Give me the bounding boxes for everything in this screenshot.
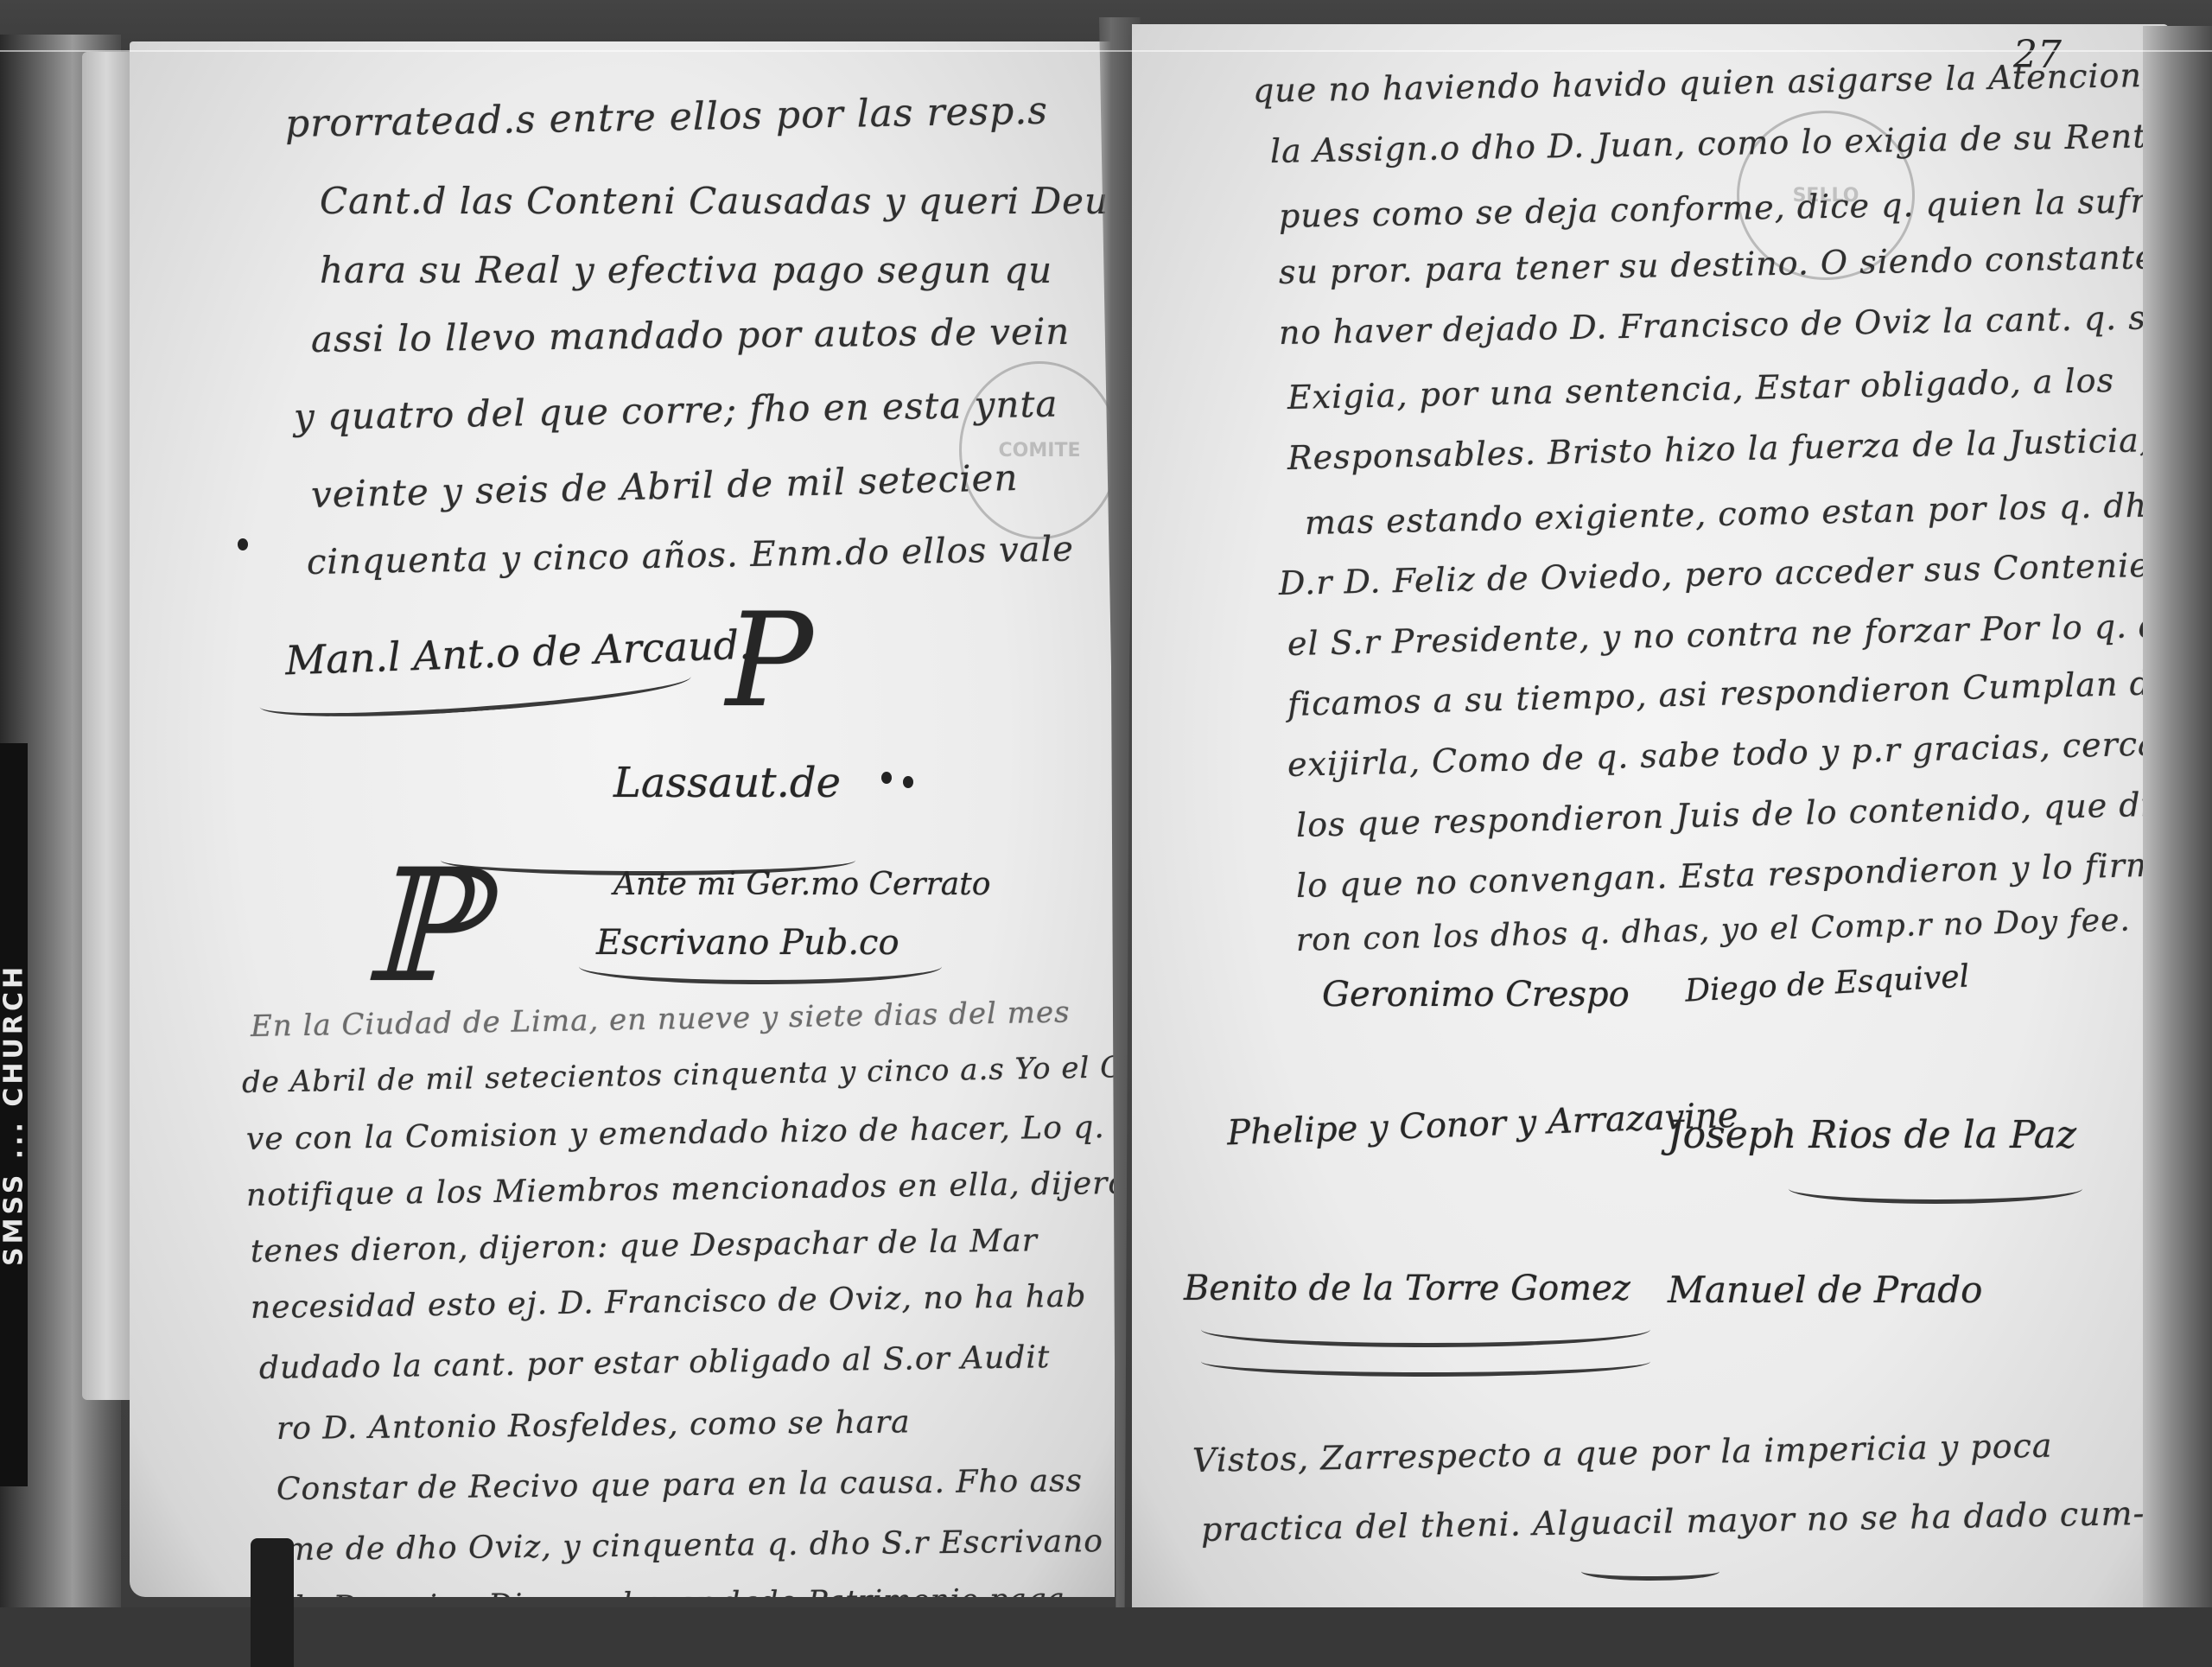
manuscript-line: assi lo llevo mandado por autos de vein xyxy=(311,310,1071,360)
ink-dot xyxy=(238,538,248,550)
manuscript-line: el S.r Presidente, y no contra ne forzar… xyxy=(1287,606,2169,663)
manuscript-line: y quatro del que corre; fho en esta ynta xyxy=(294,383,1058,438)
right-page: 27 SELLO que no haviendo havido quien as… xyxy=(1132,24,2169,1640)
manuscript-line: me de dho Oviz, y cinquenta q. dho S.r E… xyxy=(285,1524,1103,1568)
manuscript-line: necesidad esto ej. D. Francisco de Oviz,… xyxy=(251,1278,1087,1326)
rubric-loop: ℙ xyxy=(363,837,480,1017)
ink-dot xyxy=(881,772,892,784)
manuscript-line: lo que no convengan. Esta respondieron y… xyxy=(1295,845,2169,905)
manuscript-line: no haver dejado D. Francisco de Oviz la … xyxy=(1279,298,2167,352)
manuscript-line: su pror. para tener su destino. O siendo… xyxy=(1279,238,2156,291)
signature-torre-gomez: Benito de la Torre Gomez xyxy=(1184,1269,1630,1308)
signature-prado: Manuel de Prado xyxy=(1668,1269,1982,1311)
manuscript-line: la Assign.o dho D. Juan, como lo exigia … xyxy=(1270,117,2169,170)
signature-arrazavine: Phelipe y Conor y Arrazavine xyxy=(1226,1096,1738,1154)
manuscript-line: Exigia, por una sentencia, Estar obligad… xyxy=(1287,361,2115,417)
signature-flourish xyxy=(1201,1312,1650,1347)
signature-cerrato: Ante mi Ger.mo Cerrato xyxy=(613,867,990,902)
manuscript-line: exijirla, Como de q. sabe todo y p.r gra… xyxy=(1287,724,2169,784)
ink-dot xyxy=(903,776,913,788)
manuscript-line: Constar de Recivo que para en la causa. … xyxy=(276,1463,1083,1507)
manuscript-line: veinte y seis de Abril de mil setecien xyxy=(310,456,1019,516)
manuscript-line: mas estando exigiente, como estan por lo… xyxy=(1305,486,2169,542)
manuscript-line: ficamos a su tiempo, asi respondieron Cu… xyxy=(1287,663,2169,723)
manuscript-line: D.r D. Feliz de Oviedo, pero acceder sus… xyxy=(1279,544,2169,602)
manuscript-line: Cant.d las Conteni Causadas y queri Deun… xyxy=(320,180,1115,222)
rubric-letter-p: P xyxy=(726,586,813,736)
manuscript-line: ron con los dhos q. dhas, yo el Comp.r n… xyxy=(1295,901,2168,958)
signature-lassaut: Lassaut.de xyxy=(613,759,841,807)
manuscript-line: ve con la Comision y emendado hizo de ha… xyxy=(246,1110,1105,1157)
signature-rios-de-la-paz: Joseph Rios de la Paz xyxy=(1668,1113,2076,1157)
scan-bottom-edge xyxy=(0,1607,2212,1667)
page-stack-edge-right xyxy=(2143,26,2212,1651)
manuscript-line: de Desaviar, Dixeron haver dado Patrimon… xyxy=(285,1582,1065,1597)
manuscript-line: ro D. Antonio Rosfeldes, como se hara xyxy=(276,1404,911,1447)
manuscript-line: Vistos, Zarrespecto a que por la imperic… xyxy=(1192,1427,2053,1479)
signature-flourish xyxy=(579,949,942,984)
manuscript-line: tenes dieron, dijeron: que Despachar de … xyxy=(251,1223,1038,1269)
page-clip xyxy=(251,1538,294,1667)
underline-flourish xyxy=(1581,1562,1719,1581)
manuscript-line: Responsables. Bristo hizo la fuerza de l… xyxy=(1287,421,2152,477)
manuscript-line: de Abril de mil setecientos cinquenta y … xyxy=(242,1048,1115,1100)
manuscript-line: hara su Real y efectiva pago segun qu xyxy=(320,249,1052,291)
manuscript-line: los que respondieron Juis de lo contenid… xyxy=(1295,783,2169,844)
scanner-artifact-line xyxy=(0,50,2212,52)
signature-flourish xyxy=(1789,1174,2082,1204)
signature-crespo: Geronimo Crespo xyxy=(1322,975,1630,1015)
manuscript-line: cinquenta y cinco años. Enm.do ellos val… xyxy=(307,530,1075,582)
left-page: COMITE prorratead.s entre ellos por las … xyxy=(130,41,1115,1597)
manuscript-line: notifique a los Miembros mencionados en … xyxy=(246,1165,1115,1213)
binding-label: SMSS ... CHURCH xyxy=(0,743,28,1486)
signature-esquivel: Diego de Esquivel xyxy=(1684,958,1970,1008)
manuscript-line: practica del theni. Alguacil mayor no se… xyxy=(1201,1494,2145,1549)
manuscript-line: dudado la cant. por estar obligado al S.… xyxy=(259,1339,1051,1386)
manuscript-line: que no haviendo havido quien asigarse la… xyxy=(1253,56,2154,110)
manuscript-line: pues como se deja conforme, dice q. quie… xyxy=(1279,181,2169,235)
manuscript-line: prorratead.s entre ellos por las resp.s xyxy=(285,89,1049,146)
signature-flourish xyxy=(1201,1346,1650,1377)
